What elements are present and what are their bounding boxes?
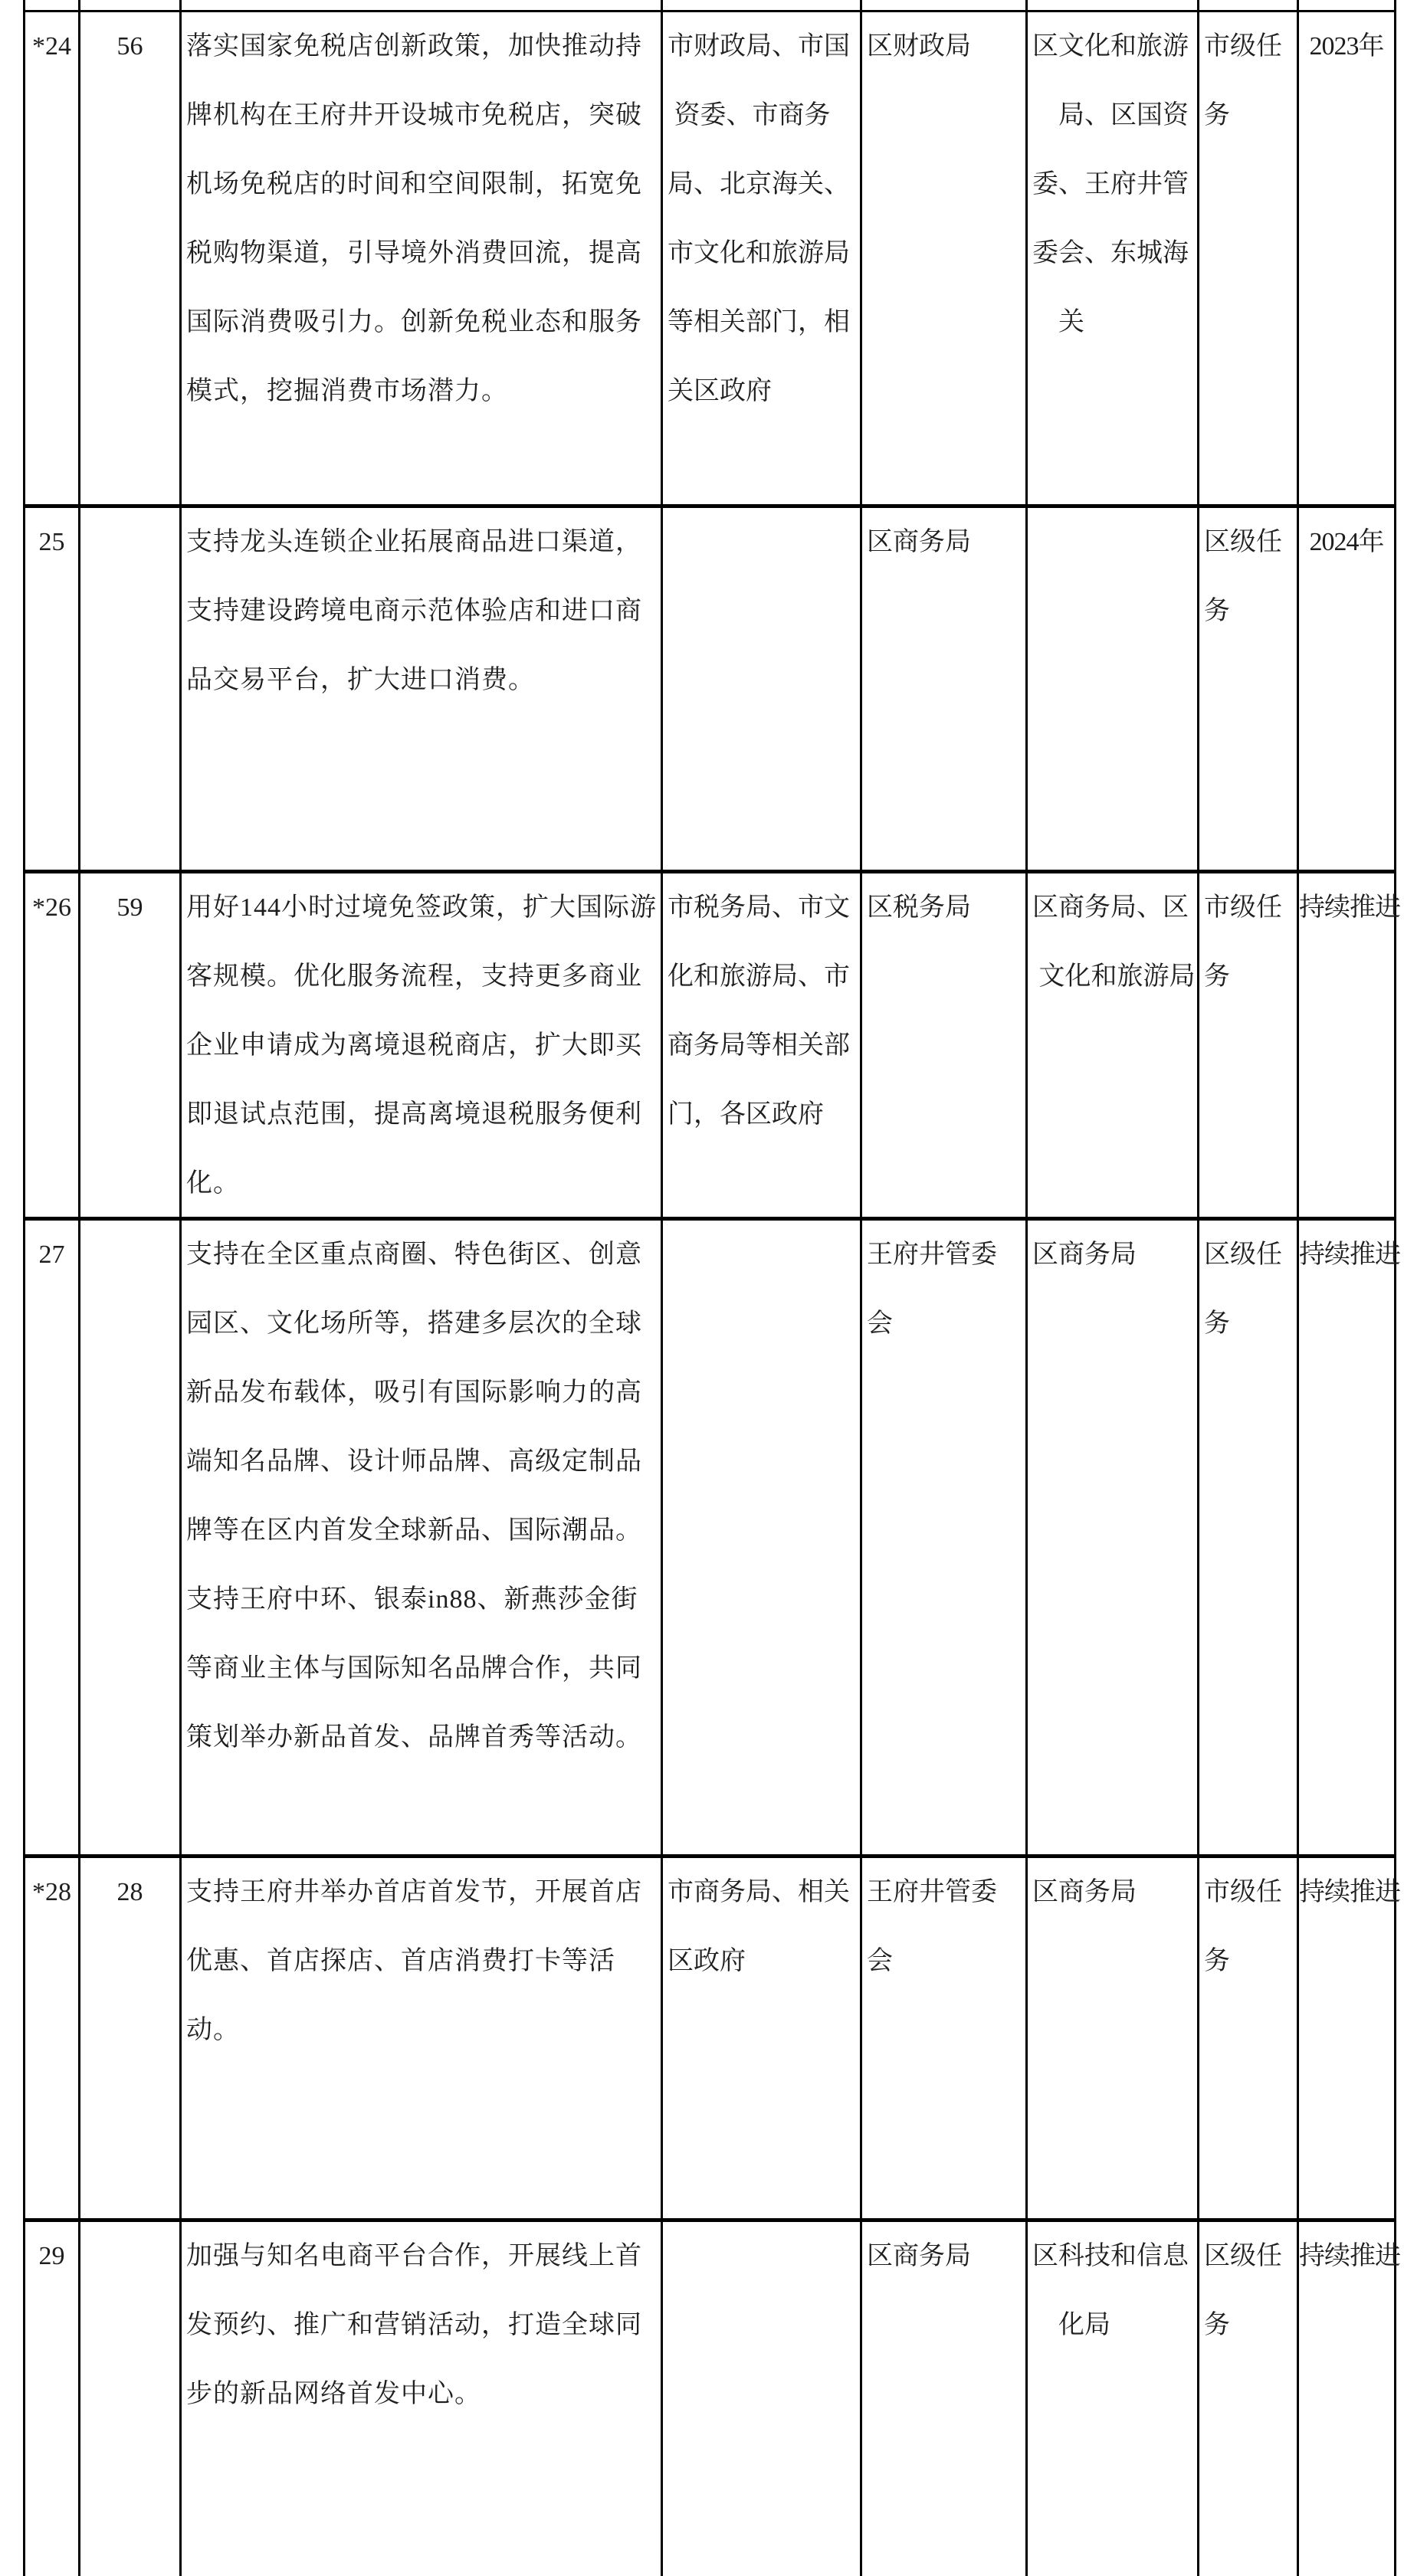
cell-lead-unit: 区财政局 bbox=[862, 12, 1028, 504]
cell-city-depts: 市税务局、市文 化和旅游局、市 商务局等相关部 门，各区政府 bbox=[663, 873, 862, 1217]
cell-task-desc: 支持王府井举办首店首发节，开展首店 优惠、首店探店、首店消费打卡等活 动。 bbox=[182, 1858, 663, 2218]
cell-plan-no bbox=[80, 508, 182, 870]
cell-plan-no bbox=[80, 1221, 182, 1854]
empty-cell bbox=[25, 0, 80, 10]
cell-support-units: 区文化和旅游 局、区国资 委、王府井管 委会、东城海 关 bbox=[1028, 12, 1199, 504]
cell-support-units: 区科技和信息 化局 bbox=[1028, 2222, 1199, 2576]
cell-seq: 27 bbox=[25, 1221, 80, 1854]
table-row: 27 支持在全区重点商圈、特色街区、创意 园区、文化场所等，搭建多层次的全球 新… bbox=[25, 1221, 1394, 1858]
empty-cell bbox=[1299, 0, 1394, 10]
cell-city-depts bbox=[663, 1221, 862, 1854]
cell-city-depts bbox=[663, 508, 862, 870]
table-row: *24 56 落实国家免税店创新政策，加快推动持 牌机构在王府井开设城市免税店，… bbox=[25, 12, 1394, 508]
cell-lead-unit: 区商务局 bbox=[862, 2222, 1028, 2576]
table-row-partial bbox=[25, 0, 1394, 12]
empty-cell bbox=[663, 0, 862, 10]
cell-seq: 25 bbox=[25, 508, 80, 870]
cell-plan-no: 28 bbox=[80, 1858, 182, 2218]
cell-schedule: 2024年 bbox=[1299, 508, 1394, 870]
cell-seq: *28 bbox=[25, 1858, 80, 2218]
empty-cell bbox=[182, 0, 663, 10]
cell-schedule: 持续推进 bbox=[1299, 2222, 1400, 2576]
cell-city-depts: 市财政局、市国 资委、市商务 局、北京海关、 市文化和旅游局 等相关部门，相 关… bbox=[663, 12, 862, 504]
cell-task-level: 区级任 务 bbox=[1199, 508, 1299, 870]
cell-task-level: 市级任 务 bbox=[1199, 1858, 1299, 2218]
cell-support-units: 区商务局 bbox=[1028, 1221, 1199, 1854]
cell-plan-no bbox=[80, 2222, 182, 2576]
empty-cell bbox=[862, 0, 1028, 10]
task-table: *24 56 落实国家免税店创新政策，加快推动持 牌机构在王府井开设城市免税店，… bbox=[23, 0, 1396, 2576]
cell-task-desc: 用好144小时过境免签政策，扩大国际游 客规模。优化服务流程，支持更多商业 企业… bbox=[182, 873, 663, 1217]
cell-city-depts bbox=[663, 2222, 862, 2576]
cell-plan-no: 59 bbox=[80, 873, 182, 1217]
table-row: *28 28 支持王府井举办首店首发节，开展首店 优惠、首店探店、首店消费打卡等… bbox=[25, 1858, 1394, 2222]
cell-schedule: 持续推进 bbox=[1299, 1858, 1400, 2218]
cell-lead-unit: 王府井管委 会 bbox=[862, 1858, 1028, 2218]
cell-schedule: 持续推进 bbox=[1299, 1221, 1400, 1854]
empty-cell bbox=[80, 0, 182, 10]
cell-task-level: 区级任 务 bbox=[1199, 1221, 1299, 1854]
cell-task-level: 市级任 务 bbox=[1199, 873, 1299, 1217]
table-row: *26 59 用好144小时过境免签政策，扩大国际游 客规模。优化服务流程，支持… bbox=[25, 873, 1394, 1221]
cell-lead-unit: 区商务局 bbox=[862, 508, 1028, 870]
cell-task-level: 市级任 务 bbox=[1199, 12, 1299, 504]
cell-schedule: 2023年 bbox=[1299, 12, 1394, 504]
cell-schedule: 持续推进 bbox=[1299, 873, 1400, 1217]
cell-task-desc: 支持在全区重点商圈、特色街区、创意 园区、文化场所等，搭建多层次的全球 新品发布… bbox=[182, 1221, 663, 1854]
cell-task-desc: 支持龙头连锁企业拓展商品进口渠道， 支持建设跨境电商示范体验店和进口商 品交易平… bbox=[182, 508, 663, 870]
cell-support-units bbox=[1028, 508, 1199, 870]
document-page: *24 56 落实国家免税店创新政策，加快推动持 牌机构在王府井开设城市免税店，… bbox=[0, 0, 1404, 2576]
cell-seq: 29 bbox=[25, 2222, 80, 2576]
empty-cell bbox=[1199, 0, 1299, 10]
cell-task-level: 区级任 务 bbox=[1199, 2222, 1299, 2576]
cell-task-desc: 落实国家免税店创新政策，加快推动持 牌机构在王府井开设城市免税店，突破 机场免税… bbox=[182, 12, 663, 504]
cell-plan-no: 56 bbox=[80, 12, 182, 504]
table-row: 29 加强与知名电商平台合作，开展线上首 发预约、推广和营销活动，打造全球同 步… bbox=[25, 2222, 1394, 2576]
empty-cell bbox=[1028, 0, 1199, 10]
cell-city-depts: 市商务局、相关 区政府 bbox=[663, 1858, 862, 2218]
cell-task-desc: 加强与知名电商平台合作，开展线上首 发预约、推广和营销活动，打造全球同 步的新品… bbox=[182, 2222, 663, 2576]
cell-seq: *24 bbox=[25, 12, 80, 504]
table-row: 25 支持龙头连锁企业拓展商品进口渠道， 支持建设跨境电商示范体验店和进口商 品… bbox=[25, 508, 1394, 873]
cell-support-units: 区商务局、区 文化和旅游局 bbox=[1028, 873, 1199, 1217]
cell-support-units: 区商务局 bbox=[1028, 1858, 1199, 2218]
cell-lead-unit: 王府井管委 会 bbox=[862, 1221, 1028, 1854]
cell-lead-unit: 区税务局 bbox=[862, 873, 1028, 1217]
cell-seq: *26 bbox=[25, 873, 80, 1217]
